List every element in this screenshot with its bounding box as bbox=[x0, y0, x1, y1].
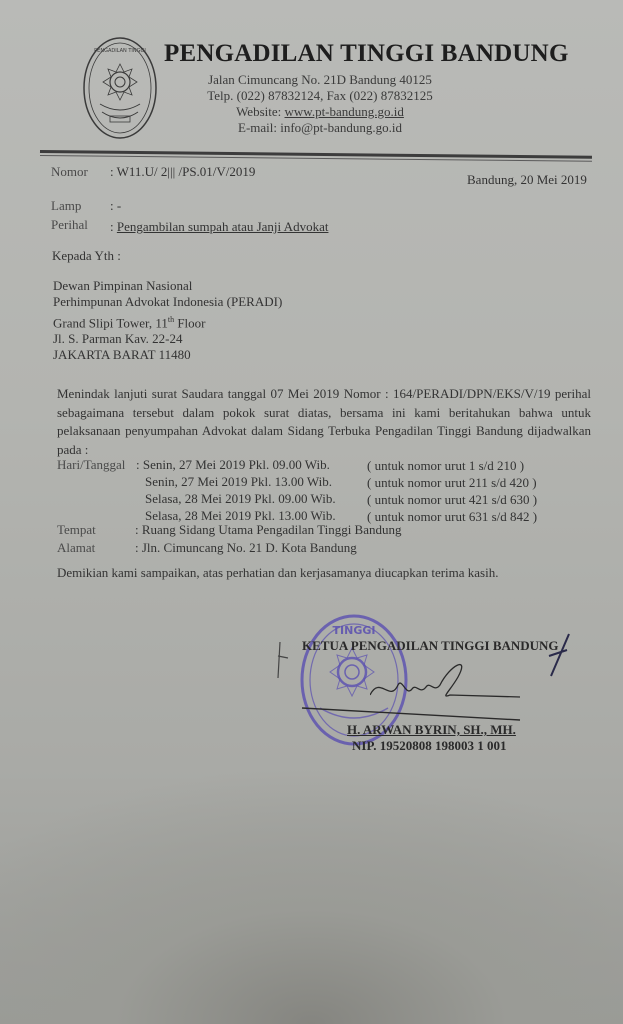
perihal-subject: Pengambilan sumpah atau Janji Advokat bbox=[117, 219, 329, 234]
svg-text:TINGGI: TINGGI bbox=[333, 624, 376, 637]
body-paragraph: Menindak lanjuti surat Saudara tanggal 0… bbox=[57, 385, 591, 459]
signatory-nip: NIP. 19520808 198003 1 001 bbox=[352, 738, 506, 754]
perihal-value: : Pengambilan sumpah atau Janji Advokat bbox=[110, 219, 328, 235]
phone-fax-line: Telp. (022) 87832124, Fax (022) 87832125 bbox=[160, 88, 480, 104]
schedule-range-2: ( untuk nomor urut 211 s/d 420 ) bbox=[367, 475, 537, 491]
email-line: E-mail: info@pt-bandung.go.id bbox=[160, 120, 480, 136]
salutation: Kepada Yth : bbox=[52, 248, 121, 264]
website-label: Website: bbox=[236, 104, 284, 119]
svg-text:PENGADILAN TINGGI: PENGADILAN TINGGI bbox=[94, 48, 146, 54]
recipient-line-3: Grand Slipi Tower, 11th Floor bbox=[53, 315, 206, 331]
address-line: Jalan Cimuncang No. 21D Bandung 40125 bbox=[160, 72, 480, 88]
tempat-value: : Ruang Sidang Utama Pengadilan Tinggi B… bbox=[135, 522, 402, 538]
lamp-label: Lamp bbox=[51, 198, 81, 214]
perihal-label: Perihal bbox=[51, 217, 88, 233]
schedule-when-3: Selasa, 28 Mei 2019 Pkl. 09.00 Wib. bbox=[145, 491, 336, 507]
alamat-label: Alamat bbox=[57, 540, 95, 556]
schedule-when-2: Senin, 27 Mei 2019 Pkl. 13.00 Wib. bbox=[145, 474, 332, 490]
recipient-line-2: Perhimpunan Advokat Indonesia (PERADI) bbox=[53, 294, 282, 310]
recipient-line-5: JAKARTA BARAT 11480 bbox=[53, 347, 191, 363]
schedule-range-3: ( untuk nomor urut 421 s/d 630 ) bbox=[367, 492, 537, 508]
initial-mark-left bbox=[272, 640, 292, 680]
schedule-label: Hari/Tanggal bbox=[57, 457, 125, 473]
tempat-label: Tempat bbox=[57, 522, 96, 538]
recipient-line-1: Dewan Pimpinan Nasional bbox=[53, 278, 192, 294]
institution-name: PENGADILAN TINGGI BANDUNG bbox=[164, 40, 569, 68]
signatory-title: KETUA PENGADILAN TINGGI BANDUNG bbox=[302, 638, 559, 654]
alamat-value: : Jln. Cimuncang No. 21 D. Kota Bandung bbox=[135, 540, 357, 556]
court-seal-logo: PENGADILAN TINGGI bbox=[82, 36, 158, 140]
website-line: Website: www.pt-bandung.go.id bbox=[160, 104, 480, 120]
schedule-range-1: ( untuk nomor urut 1 s/d 210 ) bbox=[367, 458, 524, 474]
website-link[interactable]: www.pt-bandung.go.id bbox=[285, 104, 404, 119]
lamp-value: : - bbox=[110, 198, 121, 214]
recipient-line-4: Jl. S. Parman Kav. 22-24 bbox=[53, 331, 183, 347]
nomor-value: : W11.U/ 2||| /PS.01/V/2019 bbox=[110, 164, 255, 180]
initial-mark-right bbox=[545, 632, 575, 678]
closing-text: Demikian kami sampaikan, atas perhatian … bbox=[57, 565, 498, 581]
signatory-name: H. ARWAN BYRIN, SH., MH. bbox=[347, 722, 516, 738]
place-date: Bandung, 20 Mei 2019 bbox=[467, 172, 587, 188]
schedule-when-1: : Senin, 27 Mei 2019 Pkl. 09.00 Wib. bbox=[136, 457, 330, 473]
nomor-label: Nomor bbox=[51, 164, 88, 180]
